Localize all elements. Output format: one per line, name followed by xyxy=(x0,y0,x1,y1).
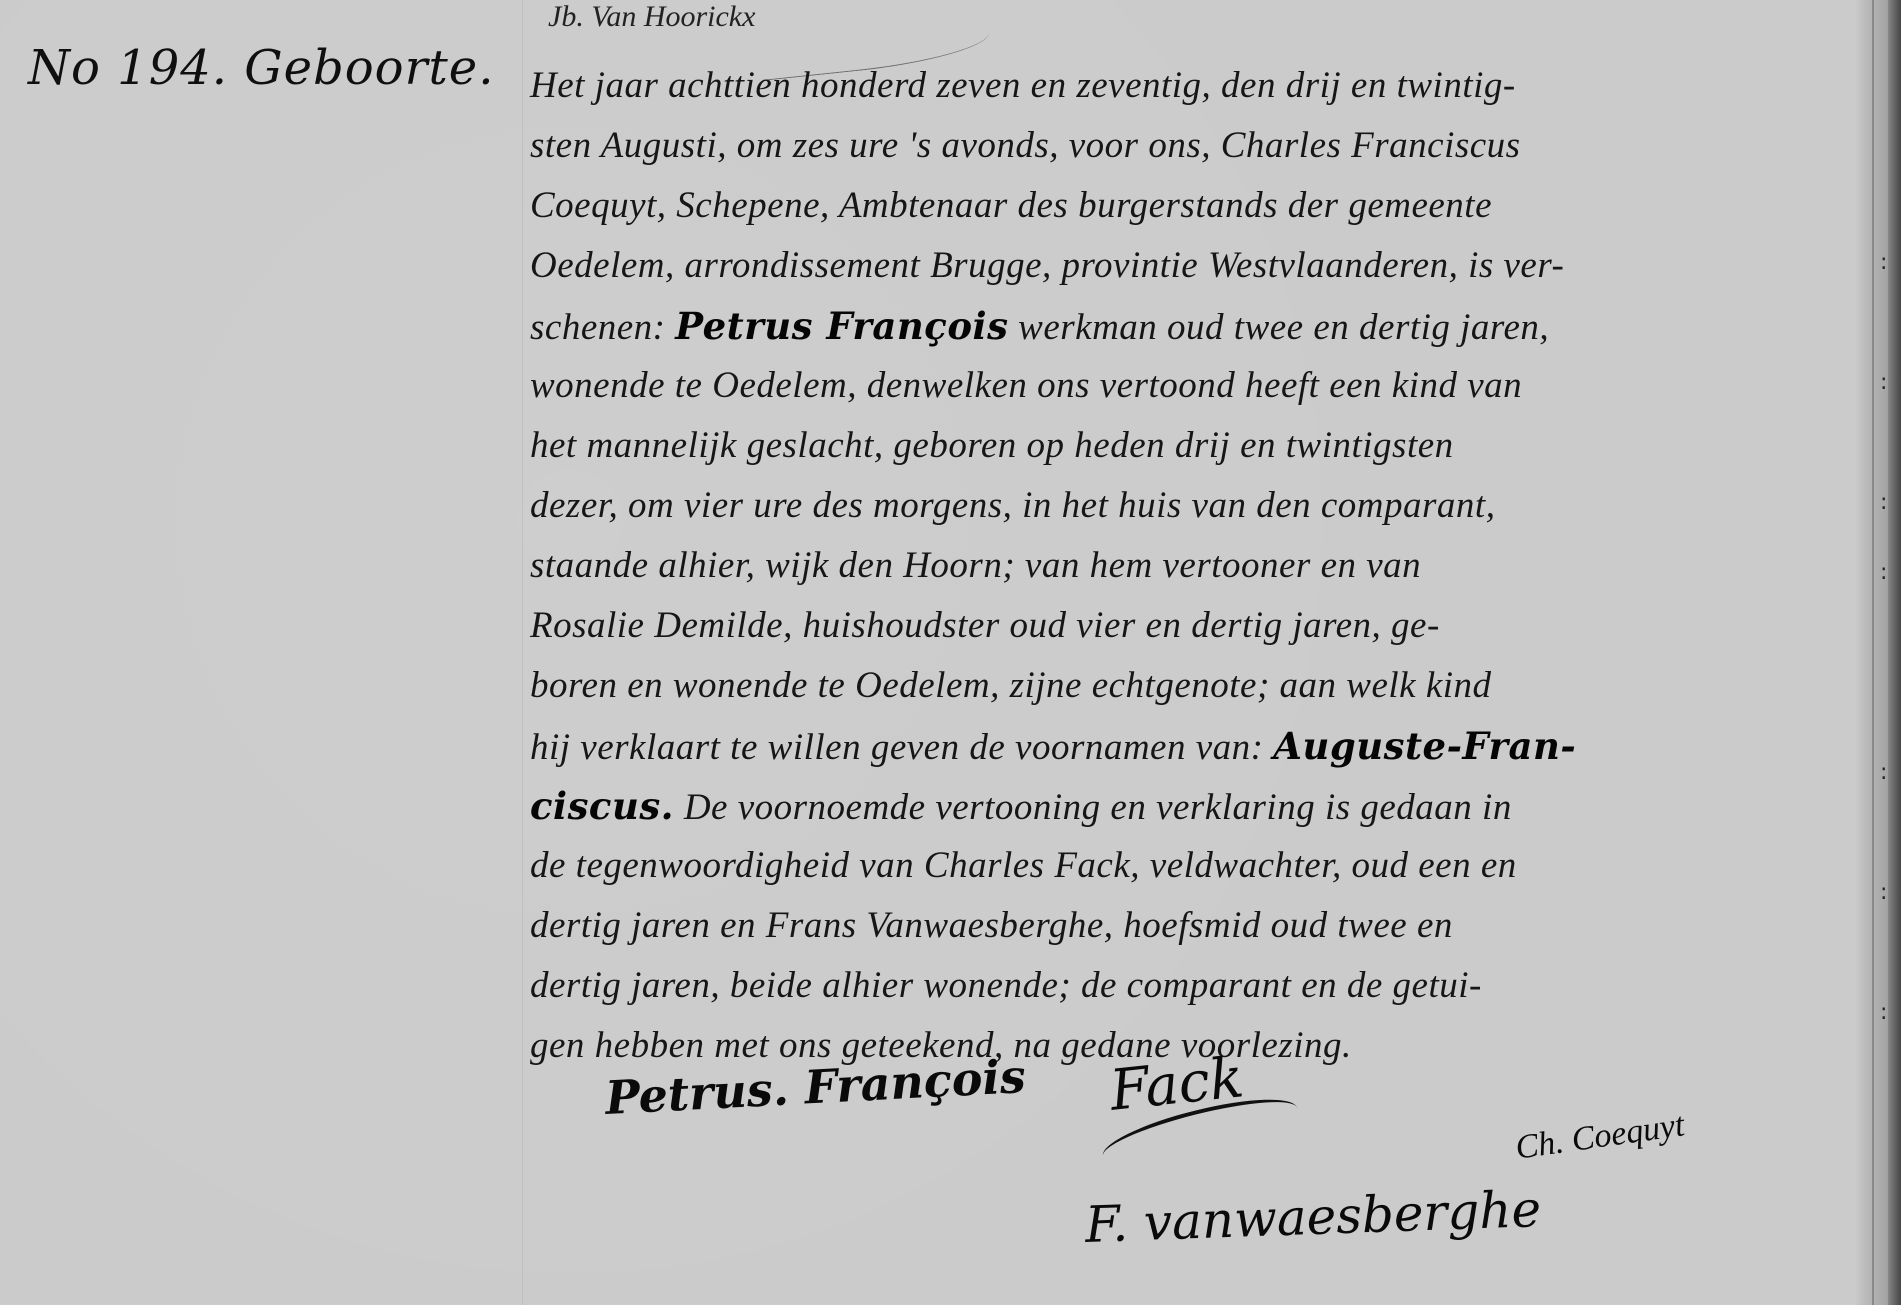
margin-mark: : xyxy=(1880,560,1887,585)
margin-mark: : xyxy=(1880,760,1887,785)
signature-officer: Ch. Coequyt xyxy=(1513,1106,1687,1167)
body-line: Het jaar achttien honderd zeven en zeven… xyxy=(530,56,1870,116)
signature-witness-2: F. vanwaesberghe xyxy=(1084,1180,1542,1254)
body-line: boren en wonende te Oedelem, zijne echtg… xyxy=(530,656,1870,716)
body-line: Coequyt, Schepene, Ambtenaar des burgers… xyxy=(530,176,1870,236)
margin-mark: : xyxy=(1880,250,1887,275)
body-line: Oedelem, arrondissement Brugge, provinti… xyxy=(530,236,1870,296)
body-line: hij verklaart te willen geven de voornam… xyxy=(530,716,1870,776)
highlighted-name: ciscus. xyxy=(530,784,674,828)
body-line: dezer, om vier ure des morgens, in het h… xyxy=(530,476,1870,536)
margin-mark: : xyxy=(1880,490,1887,515)
body-line: Rosalie Demilde, huishoudster oud vier e… xyxy=(530,596,1870,656)
body-line: de tegenwoordigheid van Charles Fack, ve… xyxy=(530,836,1870,896)
body-line: staande alhier, wijk den Hoorn; van hem … xyxy=(530,536,1870,596)
margin-mark: : xyxy=(1880,370,1887,395)
body-line: dertig jaren, beide alhier wonende; de c… xyxy=(530,956,1870,1016)
body-line: wonende te Oedelem, denwelken ons vertoo… xyxy=(530,356,1870,416)
scanned-register-page: No 194. Geboorte. Jb. Van Hoorickx Het j… xyxy=(0,0,1901,1305)
highlighted-name: Petrus François xyxy=(675,304,1008,348)
right-margin-marks: : : : : : : : xyxy=(1880,0,1892,1305)
record-number-heading: No 194. Geboorte. xyxy=(28,40,494,96)
body-line: dertig jaren en Frans Vanwaesberghe, hoe… xyxy=(530,896,1870,956)
page-edge-rule xyxy=(1872,0,1874,1305)
highlighted-name: Auguste-Fran- xyxy=(1273,724,1576,768)
body-line: het mannelijk geslacht, geboren op heden… xyxy=(530,416,1870,476)
body-line: schenen: Petrus François werkman oud twe… xyxy=(530,296,1870,356)
body-line: ciscus. De voornoemde vertooning en verk… xyxy=(530,776,1870,836)
margin-mark: : xyxy=(1880,880,1887,905)
left-margin-rule xyxy=(522,0,523,1305)
body-line: sten Augusti, om zes ure 's avonds, voor… xyxy=(530,116,1870,176)
margin-mark: : xyxy=(1880,1000,1887,1025)
record-body: Het jaar achttien honderd zeven en zeven… xyxy=(530,56,1870,1076)
marginal-annotation: Jb. Van Hoorickx xyxy=(548,0,755,34)
